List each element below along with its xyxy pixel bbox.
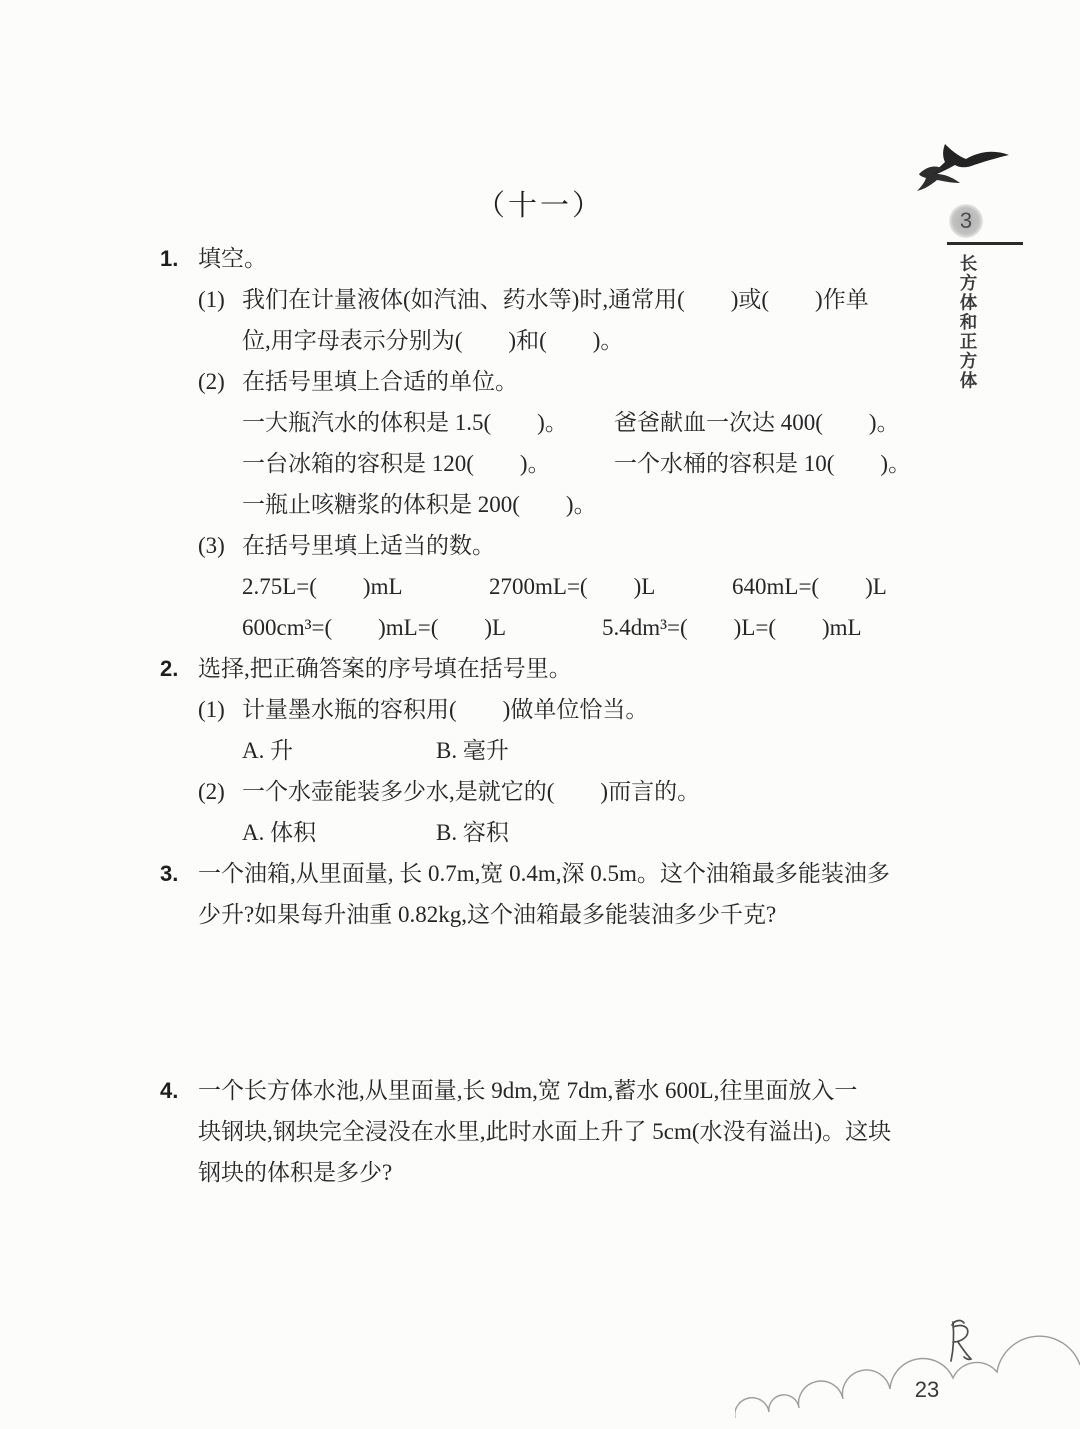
conversion-item: 2.75L=( )mL	[242, 566, 489, 607]
option-row: A. 体积 B. 容积	[242, 812, 938, 853]
conversion-row: 2.75L=( )mL 2700mL=( )L 640mL=( )L	[242, 566, 938, 607]
part-label: (2)	[198, 771, 242, 812]
question-1-part-2: (2) 在括号里填上合适的单位。 一大瓶汽水的体积是 1.5( )。 爸爸献血一…	[198, 361, 938, 525]
blank-item: 一台冰箱的容积是 120( )。	[242, 443, 614, 484]
question-1-part-1: (1) 我们在计量液体(如汽油、药水等)时,通常用( )或( )作单 位,用字母…	[198, 279, 938, 361]
part-text-line: 位,用字母表示分别为( )和( )。	[242, 320, 938, 361]
question-2-part-1: (1) 计量墨水瓶的容积用( )做单位恰当。 A. 升 B. 毫升	[198, 689, 938, 771]
question-2: 2. 选择,把正确答案的序号填在括号里。 (1) 计量墨水瓶的容积用( )做单位…	[160, 648, 938, 853]
option-b: B. 容积	[436, 812, 509, 853]
option-row: A. 升 B. 毫升	[242, 730, 938, 771]
exercise-title: （十一）	[0, 183, 1080, 224]
question-number: 4.	[160, 1070, 198, 1111]
chapter-title-vertical: 长方体和正方体	[956, 254, 981, 394]
question-text-line: 钢块的体积是多少?	[198, 1152, 938, 1193]
question-text-line: 一个长方体水池,从里面量,长 9dm,宽 7dm,蓄水 600L,往里面放入一	[198, 1070, 938, 1111]
option-a: A. 升	[242, 730, 436, 771]
question-number: 3.	[160, 853, 198, 894]
question-text-line: 一个油箱,从里面量, 长 0.7m,宽 0.4m,深 0.5m。这个油箱最多能装…	[198, 853, 938, 894]
part-stem: 在括号里填上合适的单位。	[242, 361, 938, 402]
question-stem: 填空。	[198, 238, 938, 279]
option-b: B. 毫升	[436, 730, 509, 771]
question-4: 4. 一个长方体水池,从里面量,长 9dm,宽 7dm,蓄水 600L,往里面放…	[160, 1070, 938, 1193]
workbook-page: 3 长方体和正方体 （十一） 1. 填空。 (1) 我们在计量液体(如汽油、药水…	[0, 0, 1080, 1429]
question-text-line: 块钢块,钢块完全浸没在水里,此时水面上升了 5cm(水没有溢出)。这块	[198, 1111, 938, 1152]
question-stem: 选择,把正确答案的序号填在括号里。	[198, 648, 938, 689]
blank-item: 一个水桶的容积是 10( )。	[614, 443, 911, 484]
blank-row: 一瓶止咳糖浆的体积是 200( )。	[242, 484, 938, 525]
page-number: 23	[905, 1377, 949, 1403]
question-1-part-3: (3) 在括号里填上适当的数。 2.75L=( )mL 2700mL=( )L …	[198, 525, 938, 648]
question-3: 3. 一个油箱,从里面量, 长 0.7m,宽 0.4m,深 0.5m。这个油箱最…	[160, 853, 938, 935]
part-stem: 在括号里填上适当的数。	[242, 525, 938, 566]
question-list: 1. 填空。 (1) 我们在计量液体(如汽油、药水等)时,通常用( )或( )作…	[160, 238, 938, 1193]
blank-item: 一瓶止咳糖浆的体积是 200( )。	[242, 484, 597, 525]
part-label: (1)	[198, 689, 242, 730]
blank-row: 一大瓶汽水的体积是 1.5( )。 爸爸献血一次达 400( )。	[242, 402, 938, 443]
question-text-line: 少升?如果每升油重 0.82kg,这个油箱最多能装油多少千克?	[198, 894, 938, 935]
bird-icon	[926, 144, 1009, 178]
conversion-row: 600cm³=( )mL=( )L 5.4dm³=( )L=( )mL	[242, 607, 938, 648]
part-label: (2)	[198, 361, 242, 402]
question-2-part-2: (2) 一个水壶能装多少水,是就它的( )而言的。 A. 体积 B. 容积	[198, 771, 938, 853]
question-number: 1.	[160, 238, 198, 279]
question-1: 1. 填空。 (1) 我们在计量液体(如汽油、药水等)时,通常用( )或( )作…	[160, 238, 938, 648]
conversion-item: 640mL=( )L	[732, 566, 887, 607]
part-stem: 一个水壶能装多少水,是就它的( )而言的。	[242, 771, 938, 812]
chapter-tab-divider	[947, 242, 1023, 245]
conversion-item: 600cm³=( )mL=( )L	[242, 607, 602, 648]
option-a: A. 体积	[242, 812, 436, 853]
conversion-item: 5.4dm³=( )L=( )mL	[602, 607, 862, 648]
blank-item: 爸爸献血一次达 400( )。	[614, 402, 900, 443]
question-number: 2.	[160, 648, 198, 689]
conversion-item: 2700mL=( )L	[489, 566, 732, 607]
part-label: (1)	[198, 279, 242, 320]
part-stem: 计量墨水瓶的容积用( )做单位恰当。	[242, 689, 938, 730]
blank-row: 一台冰箱的容积是 120( )。 一个水桶的容积是 10( )。	[242, 443, 938, 484]
part-text-line: 我们在计量液体(如汽油、药水等)时,通常用( )或( )作单	[242, 279, 938, 320]
blank-item: 一大瓶汽水的体积是 1.5( )。	[242, 402, 614, 443]
part-label: (3)	[198, 525, 242, 566]
